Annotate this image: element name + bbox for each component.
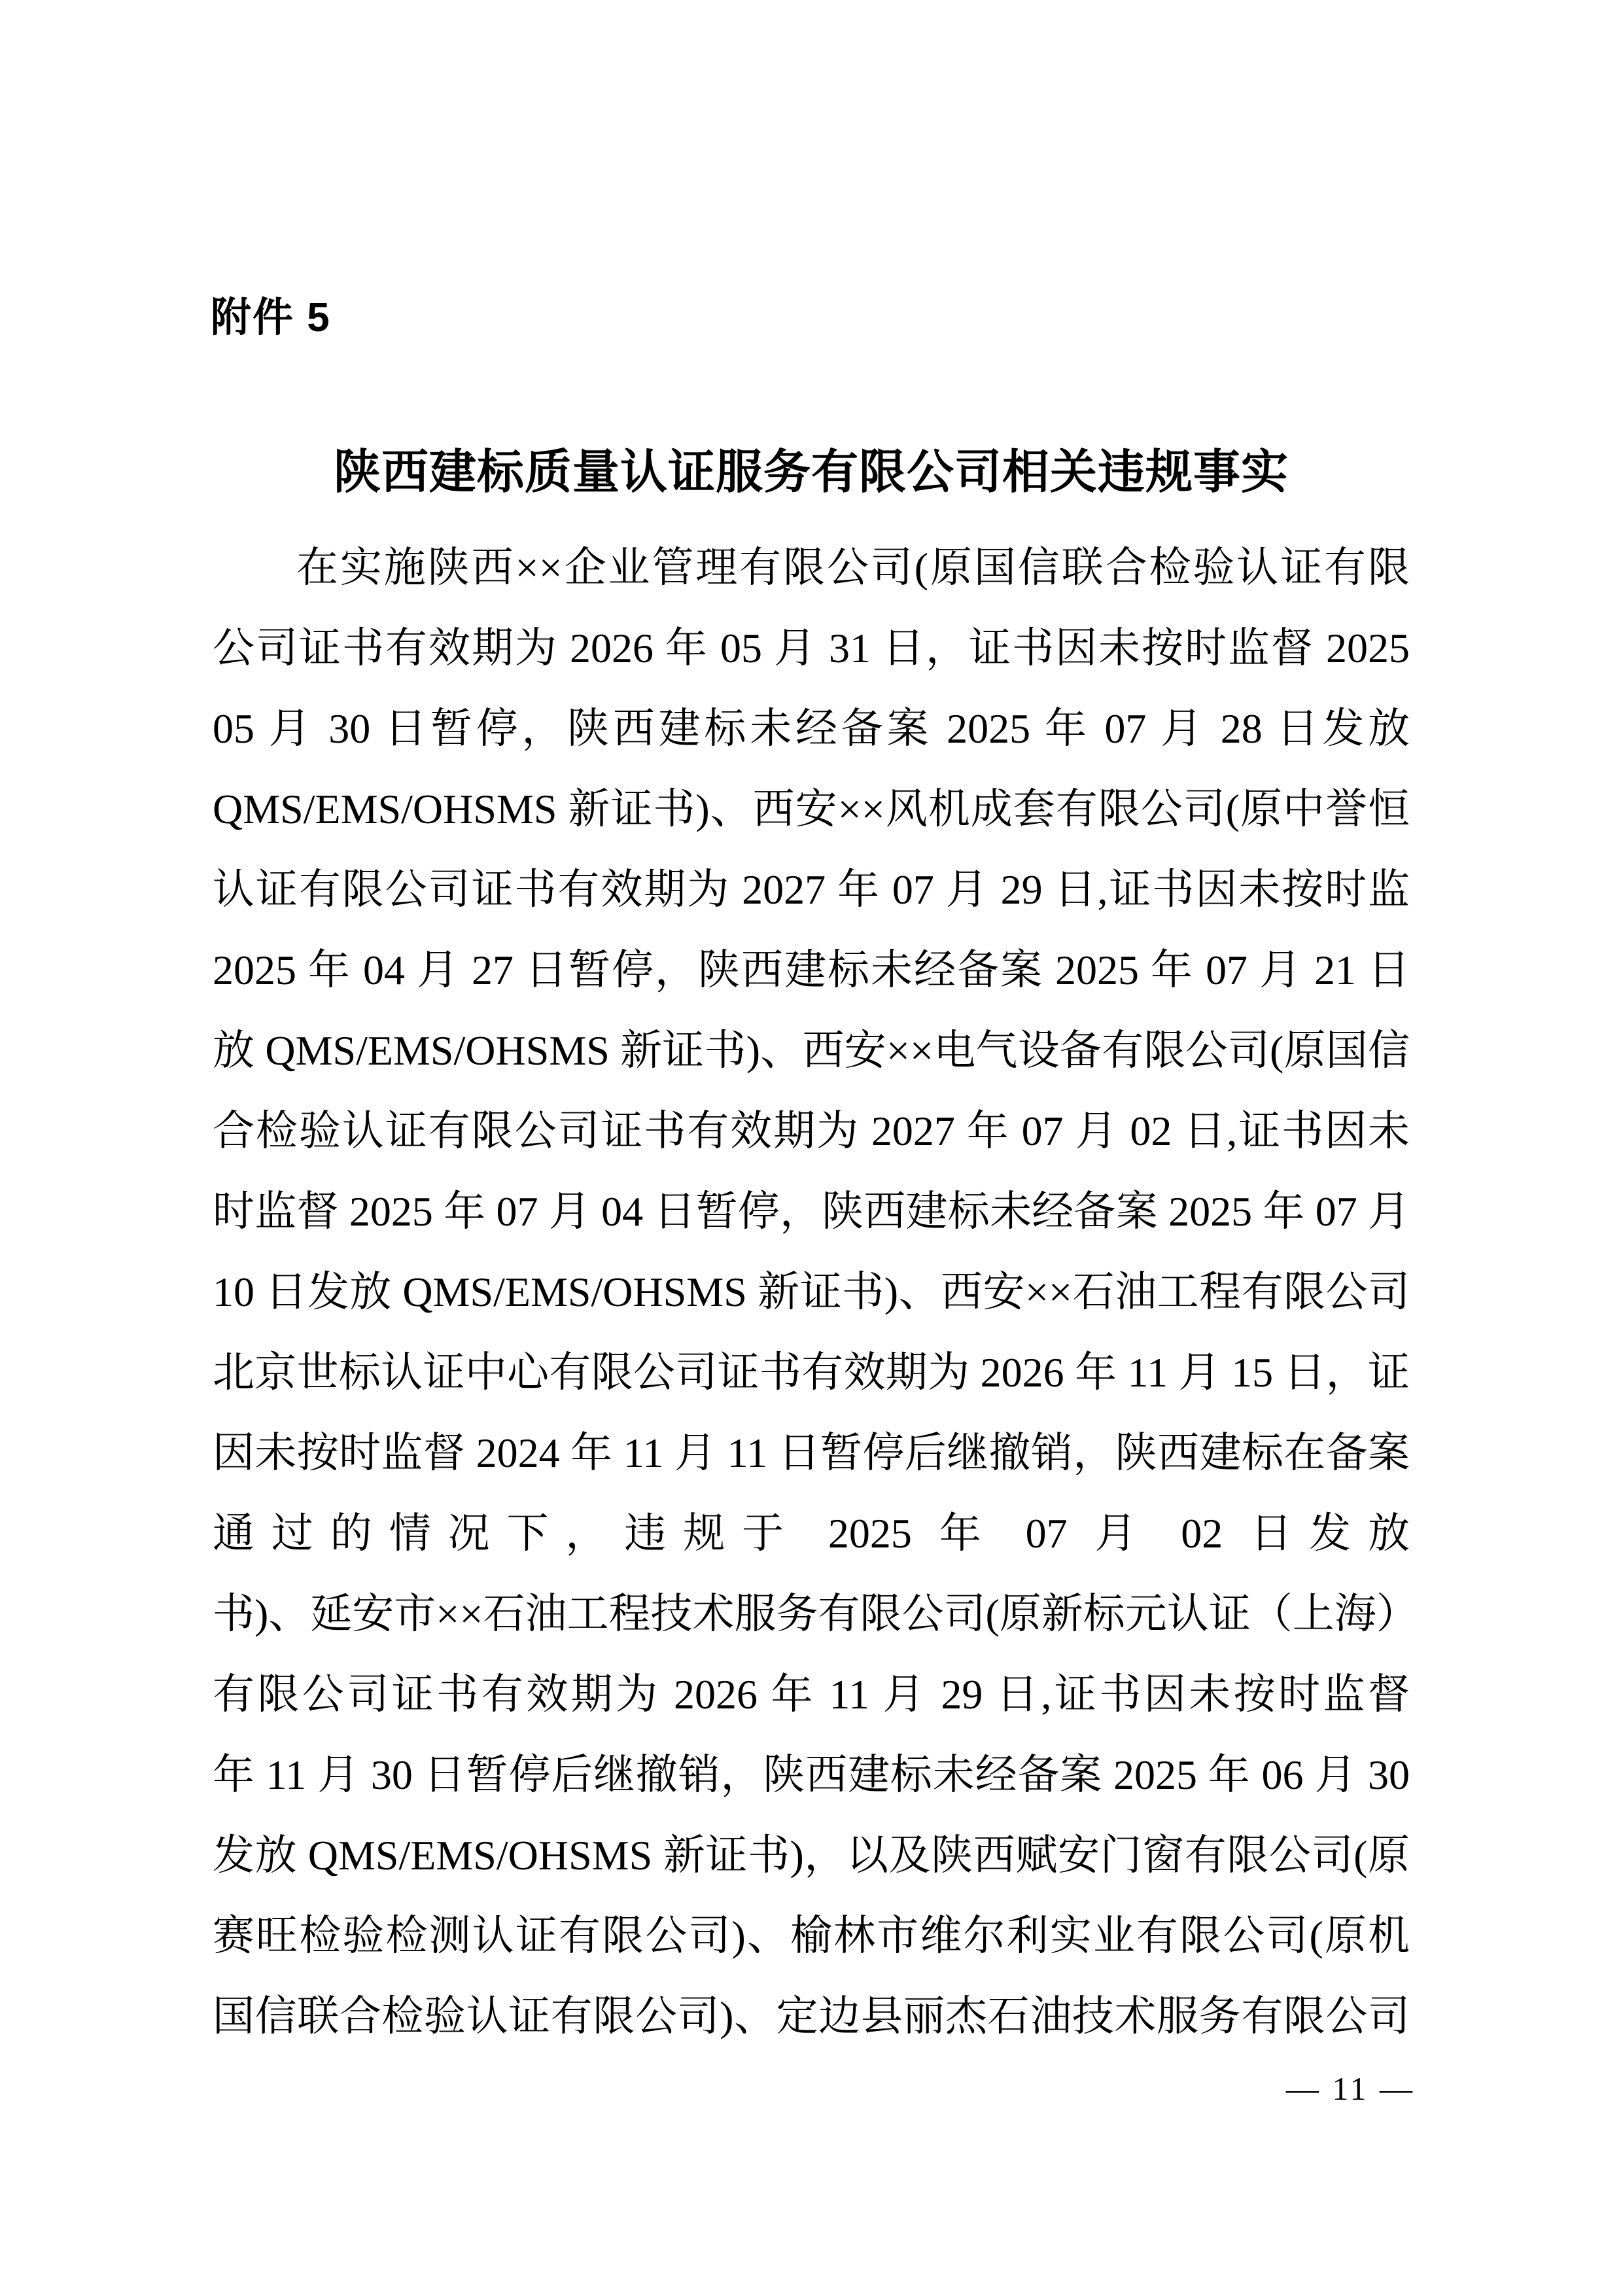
body-paragraph: 在实施陕西××企业管理有限公司(原国信联合检验认证有限 公司证书有效期为 202…: [213, 527, 1410, 2057]
paragraph-line: 合检验认证有限公司证书有效期为 2027 年 07 月 02 日,证书因未按: [213, 1091, 1410, 1171]
paragraph-line: QMS/EMS/OHSMS 新证书)、西安××风机成套有限公司(原中誉恒发: [213, 769, 1410, 849]
paragraph-line: 北京世标认证中心有限公司证书有效期为 2026 年 11 月 15 日，证书: [213, 1332, 1410, 1413]
paragraph-line: 有限公司证书有效期为 2026 年 11 月 29 日,证书因未按时监督 202…: [213, 1654, 1410, 1735]
page-number: — 11 —: [213, 2069, 1415, 2108]
document-page: 附件 5 陕西建标质量认证服务有限公司相关违规事实 在实施陕西××企业管理有限公…: [0, 0, 1623, 2296]
paragraph-line: 认证有限公司证书有效期为 2027 年 07 月 29 日,证书因未按时监督: [213, 849, 1410, 930]
paragraph-line: 10 日发放 QMS/EMS/OHSMS 新证书)、西安××石油工程有限公司(原: [213, 1252, 1410, 1332]
paragraph-line: 通过的情况下，违规于 2025 年 07 月 02 日发放 QMS/EMS/OH…: [213, 1493, 1410, 1574]
paragraph-line: 放 QMS/EMS/OHSMS 新证书)、西安××电气设备有限公司(原国信联: [213, 1010, 1410, 1091]
paragraph-line: 赛旺检验检测认证有限公司)、榆林市维尔利实业有限公司(原机构: [213, 1896, 1410, 1976]
paragraph-line: 时监督 2025 年 07 月 04 日暂停，陕西建标未经备案 2025 年 0…: [213, 1171, 1410, 1252]
paragraph-line: 在实施陕西××企业管理有限公司(原国信联合检验认证有限: [213, 527, 1410, 608]
paragraph-line: 发放 QMS/EMS/OHSMS 新证书)，以及陕西赋安门窗有限公司(原机构: [213, 1815, 1410, 1896]
paragraph-line: 因未按时监督 2024 年 11 月 11 日暂停后继撤销，陕西建标在备案未: [213, 1413, 1410, 1493]
paragraph-line: 年 11 月 30 日暂停后继撤销，陕西建标未经备案 2025 年 06 月 3…: [213, 1735, 1410, 1815]
paragraph-line: 2025 年 04 月 27 日暂停，陕西建标未经备案 2025 年 07 月 …: [213, 930, 1410, 1010]
paragraph-line: 国信联合检验认证有限公司)、定边县丽杰石油技术服务有限公司: [213, 1976, 1410, 2057]
paragraph-line: 05 月 30 日暂停，陕西建标未经备案 2025 年 07 月 28 日发放: [213, 688, 1410, 769]
document-title: 陕西建标质量认证服务有限公司相关违规事实: [213, 442, 1410, 504]
paragraph-line: 公司证书有效期为 2026 年 05 月 31 日，证书因未按时监督 2025 …: [213, 608, 1410, 688]
attachment-label: 附件 5: [211, 296, 331, 340]
paragraph-line: 书)、延安市××石油工程技术服务有限公司(原新标元认证（上海）: [213, 1574, 1410, 1654]
